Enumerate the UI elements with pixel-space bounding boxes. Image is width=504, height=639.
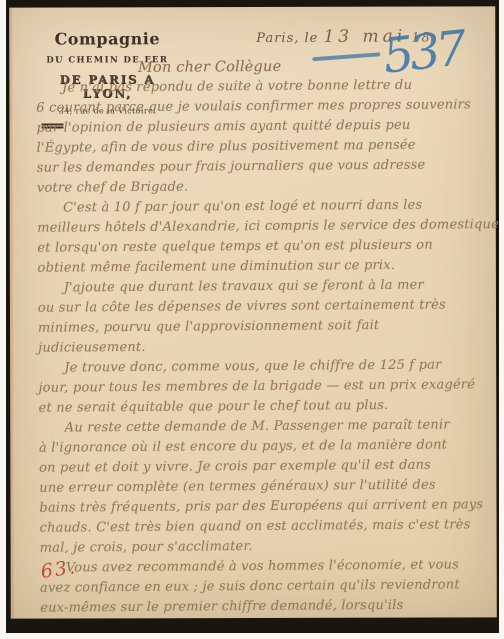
- letter-line: avez confiance en eux ; je suis donc cer…: [40, 575, 482, 598]
- letter-paragraph: J'ajoute que durant les travaux qui se f…: [38, 275, 481, 358]
- letter-paragraph: Je n'ai pas répondu de suite à votre bon…: [36, 75, 479, 198]
- letter-body: Mon cher Collègue Je n'ai pas répondu de…: [36, 55, 482, 618]
- scanned-letter-page: { "letterhead": { "company": "Compagnie"…: [0, 0, 504, 639]
- letter-paper: Compagnie DU CHEMIN DE FER DE PARIS A LY…: [9, 6, 497, 618]
- salutation: Mon cher Collègue: [138, 55, 478, 78]
- letter-line: 6 courant parce que je voulais confirmer…: [36, 95, 478, 118]
- letter-line: et lorsqu'on reste quelque temps et qu'o…: [37, 235, 479, 258]
- letter-line: eux-mêmes sur le premier chiffre demandé…: [40, 595, 482, 618]
- letterhead-company: Compagnie: [33, 29, 181, 48]
- letter-line: chauds. C'est très bien quand on est acc…: [39, 515, 481, 538]
- letter-line: ou sur la côte les dépenses de vivres so…: [38, 295, 480, 318]
- photo-backdrop: Compagnie DU CHEMIN DE FER DE PARIS A LY…: [6, 0, 499, 633]
- letter-line: jour, pour tous les membres de la brigad…: [38, 375, 480, 398]
- letter-paragraph: Vous avez recommandé à vos hommes l'écon…: [40, 555, 482, 618]
- letter-paragraph: Je trouve donc, comme vous, que le chiff…: [38, 355, 480, 418]
- letter-paragraph: C'est à 10 f par jour qu'on est logé et …: [37, 195, 480, 278]
- letter-line: sur les demandes pour frais journaliers …: [37, 155, 479, 178]
- dateline-prefix: Paris, le: [256, 31, 318, 46]
- letter-paragraph: Au reste cette demande de M. Passenger m…: [39, 415, 482, 558]
